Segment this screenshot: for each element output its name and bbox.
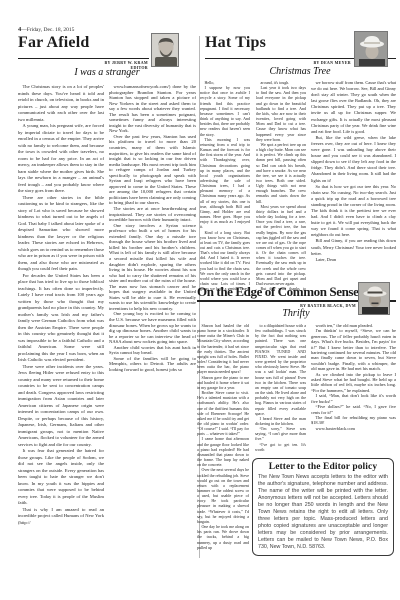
paragraph: to a dilapidated house with a few outbui… (255, 323, 306, 416)
letter-policy-body: The New Town News accepts letters to the… (258, 474, 388, 551)
paragraph: This morning I was returning from a real… (200, 137, 250, 230)
paragraph: The Christmas story is on a lot of peopl… (18, 84, 104, 123)
paragraph: A young man, his pregnant wife, are forc… (18, 123, 104, 195)
letter-policy-title: Letter to the Editor policy (258, 462, 388, 472)
page-folio: 4—Friday, Dec. 18, 2015 (18, 26, 74, 33)
paragraph: I suppose by now you notice that once in… (200, 85, 250, 137)
paragraph: Sharon had hauled the old piano home in … (197, 323, 249, 375)
paragraph: Another child worries that his aunt back… (109, 345, 196, 356)
paragraph: I heard Steve and the man dickering in t… (255, 416, 306, 426)
paragraph: Brother Steve came to visit. He's a tale… (197, 390, 249, 436)
paragraph: Sharon gave the piano to me and hauled i… (197, 375, 249, 390)
white-cowboy-hat-portrait (355, 32, 388, 67)
hat-tips-column-2: around, it's tough.Last year it took two… (256, 80, 306, 292)
paragraph: www.baxterblack.com (311, 426, 396, 431)
paragraph: Last year it took two days to find the s… (256, 85, 306, 142)
paragraph: As we climbed into the pickup to leave I… (311, 372, 396, 394)
paragraph: I said, “Man, that don't look like it's … (311, 393, 396, 404)
paragraph: That is why I am amazed to read an incre… (18, 507, 104, 527)
far-afield-masthead: Far Afield (18, 34, 89, 52)
meyer-photo (354, 31, 388, 67)
far-afield-rule (18, 58, 149, 60)
paragraph: Bill and Ginny, if you are reading this … (311, 238, 396, 256)
paragraph: There are other stories in the bible cau… (18, 195, 104, 273)
paragraph: Later, Dean (311, 257, 396, 263)
paragraph: One story involves a Syrian science prof… (109, 223, 196, 312)
hat-tips-byline: BY DEAN MEYER (261, 60, 351, 65)
paragraph: But, like the wild geese, when the lake … (311, 135, 396, 184)
common-sense-masthead: On the Edge of Common Sense (197, 284, 358, 300)
paragraph: One young boy is excited to be coming to… (109, 311, 196, 344)
paragraph: I came home that afternoon and the garag… (197, 436, 249, 467)
paragraph: Most years we spend about thirty dollars… (256, 204, 306, 287)
far-afield-column-2: www.humansofnewyork.com/) done by the ph… (109, 84, 196, 448)
paragraph: So that is how we got our tree this year… (311, 184, 396, 239)
letter-policy-box: Letter to the Editor policy The New Town… (252, 458, 394, 556)
common-sense-column-1: Sharon had hauled the old piano home in … (197, 323, 249, 557)
paragraph: “I'm sorry,” Steve was saying, “I can't … (255, 426, 306, 441)
paragraph: “I've got to get ten. It's worth (255, 442, 306, 452)
paragraph: There were other incidents over the year… (18, 364, 104, 449)
common-sense-column-3: worth ten,” the old man pleaded.I'm thin… (311, 323, 396, 455)
bearded-man-portrait (152, 34, 179, 67)
paragraph: Some of the families will be going to Me… (109, 356, 196, 373)
paragraph: The final bill for rebuilding my piano w… (311, 415, 396, 426)
hat-tips-column-3: we borrow stuff from them. Cause that's … (311, 80, 396, 292)
paragraph: The stories are at once heartbreaking an… (109, 206, 196, 223)
common-sense-headline: Thrifty (197, 308, 395, 319)
paragraph: For decades the United States has been a… (18, 273, 104, 364)
hat-tips-column-1: Hello,I suppose by now you notice that o… (200, 80, 250, 292)
hat-tips-masthead: Hat Tips (205, 34, 266, 52)
paragraph: We spot a perfect tree up on a high clay… (256, 142, 306, 204)
page-date: —Friday, Dec. 18, 2015 (21, 27, 74, 33)
paragraph: Over the next several days he tackled th… (197, 467, 249, 524)
paragraph: Kind of a long story. But you know how o… (200, 230, 250, 292)
hat-tips-headline: Christmas Tree (205, 66, 395, 77)
far-afield-headline: I was a stranger (18, 67, 196, 78)
newspaper-page: 4—Friday, Dec. 18, 2015 Far Afield BY JE… (0, 0, 400, 600)
paragraph: we borrow stuff from them. Cause that's … (311, 80, 396, 135)
paragraph: Over the past few years, Stanton has use… (109, 134, 196, 206)
common-sense-column-2: to a dilapidated house with a few outbui… (255, 323, 306, 455)
far-afield-column-1: The Christmas story is on a lot of peopl… (18, 84, 104, 562)
paragraph: www.humansofnewyork.com/) done by the ph… (109, 84, 196, 134)
paragraph: “Five dollars?” he said. “No, I gave fiv… (311, 404, 396, 415)
paragraph: It was fear that generated the hatred fo… (18, 448, 104, 507)
kram-photo (151, 33, 179, 67)
paragraph: I'm thinkin' to myself, “Steve, we can b… (311, 328, 396, 371)
paragraph: One day he took me along on his parts ru… (197, 524, 249, 550)
